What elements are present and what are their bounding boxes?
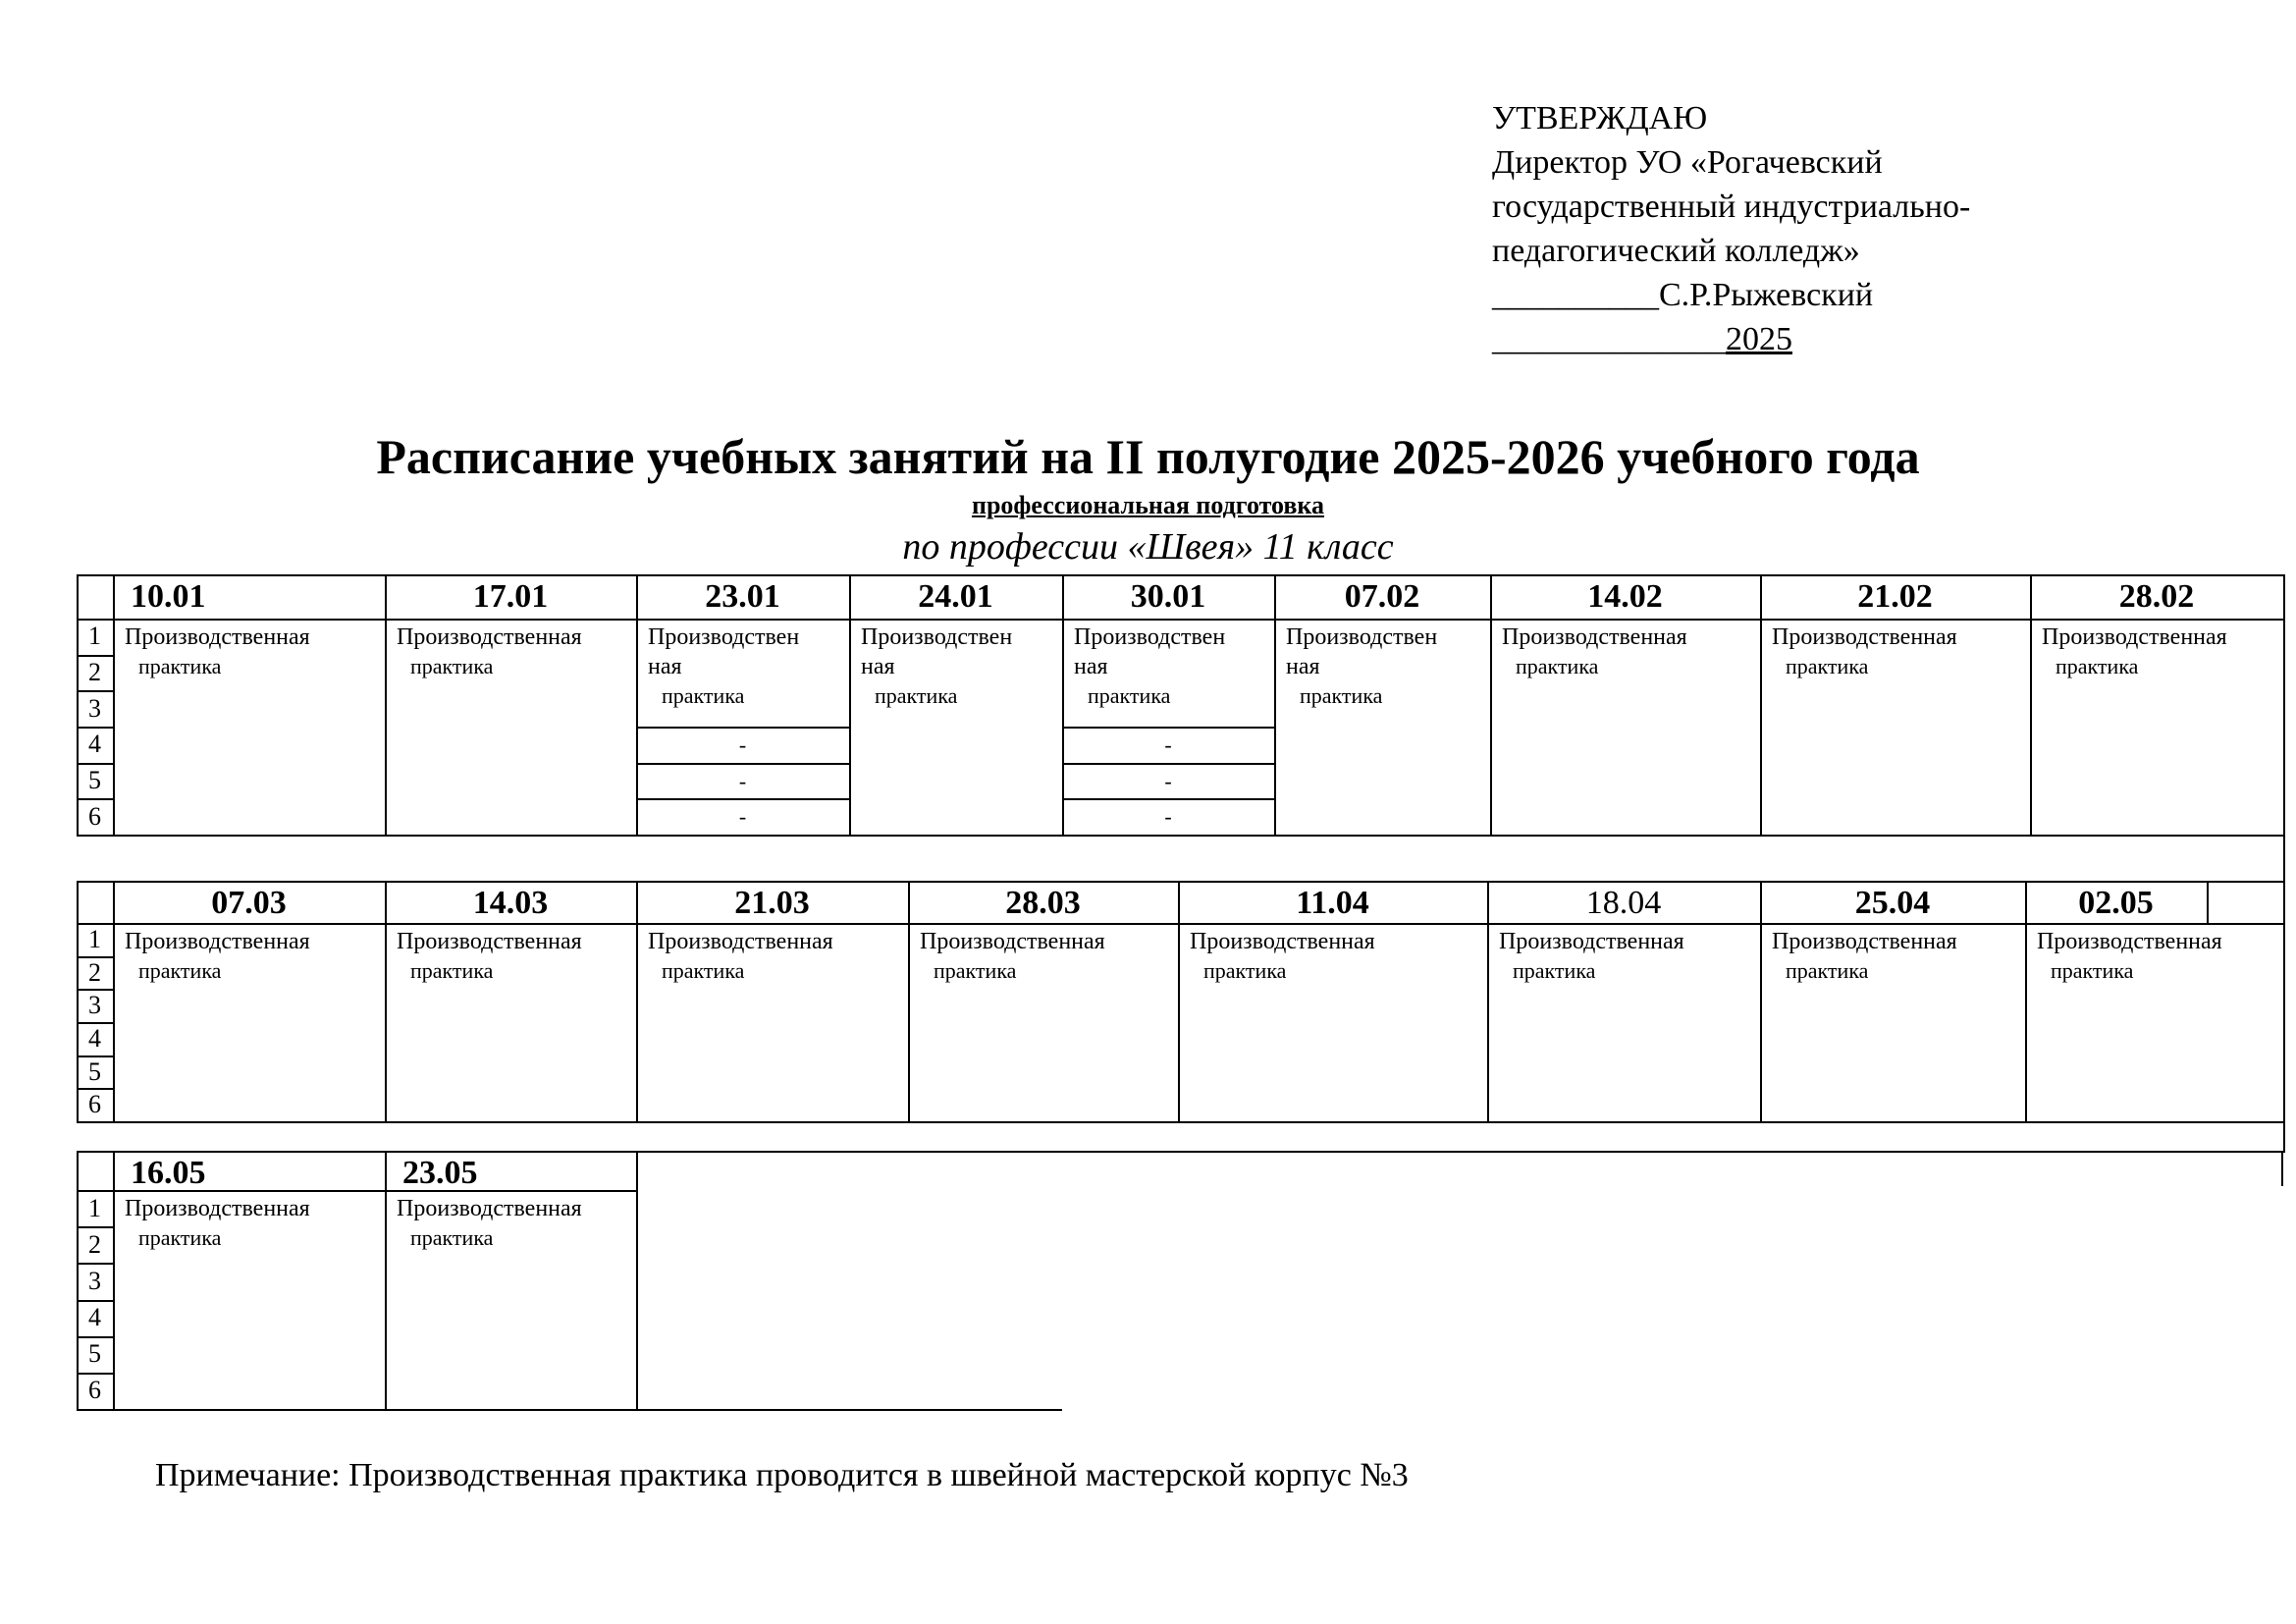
schedule-cell: Производственнаяпрактика (851, 623, 1060, 711)
date-header: 02.05 (2025, 883, 2207, 925)
schedule-cell: Производственнаяпрактика (115, 1194, 383, 1253)
subject-name: Производственная (1190, 927, 1485, 956)
subject-name: Производственная (2037, 927, 2281, 956)
subject-name-cont: ная (648, 652, 847, 681)
subject-type: практика (920, 956, 1176, 986)
schedule-cell: Производственнаяпрактика (387, 927, 634, 986)
date-header: 18.04 (1487, 883, 1760, 925)
schedule-cell: Производственнаяпрактика (638, 927, 906, 986)
date-header: 24.01 (849, 576, 1062, 621)
subject-name: Производственная (397, 1194, 634, 1223)
lesson-number: 3 (77, 1267, 113, 1296)
schedule-cell: Производственнаяпрактика (1762, 623, 2028, 681)
schedule-cell: Производственнаяпрактика (910, 927, 1176, 986)
schedule-cell: Производственнаяпрактика (115, 623, 383, 681)
column-border (2283, 574, 2285, 835)
subject-name-cont: ная (1286, 652, 1488, 681)
date-header: 30.01 (1062, 576, 1274, 621)
lesson-row-border (77, 727, 113, 729)
date-header: 21.02 (1760, 576, 2030, 621)
schedule-cell: Производственнаяпрактика (115, 927, 383, 986)
date-header: 25.04 (1760, 883, 2025, 925)
lesson-number: 3 (77, 694, 113, 724)
subject-name: Производственная (397, 623, 634, 652)
subject-type: практика (2042, 652, 2281, 681)
footnote: Примечание: Производственная практика пр… (155, 1457, 1409, 1494)
schedule-cell: Производственнаяпрактика (1489, 927, 1758, 986)
empty-lesson-dash: - (636, 732, 849, 758)
schedule-cell: Производственнаяпрактика (1276, 623, 1488, 711)
subject-type: практика (648, 681, 847, 711)
approval-position: Директор УО «Рогачевский (1492, 144, 1883, 181)
lesson-row-border (77, 1373, 113, 1375)
lesson-row-border (77, 655, 113, 657)
date-header: 10.01 (113, 576, 385, 621)
page-subtitle: профессиональная подготовка (0, 491, 2296, 520)
lesson-number: 5 (77, 1057, 113, 1087)
empty-lesson-dash: - (1062, 732, 1274, 758)
subject-name: Производствен (1074, 623, 1272, 652)
empty-lesson-dash: - (636, 769, 849, 794)
subject-type: практика (861, 681, 1060, 711)
lesson-row-border (636, 727, 849, 729)
lesson-row-border (77, 1263, 113, 1265)
subject-type: практика (125, 1223, 383, 1253)
approval-org-line1: государственный индустриально- (1492, 189, 1970, 225)
subject-name: Производственная (648, 927, 906, 956)
column-border (2281, 1151, 2283, 1186)
subject-name: Производственная (920, 927, 1176, 956)
lesson-row-border (77, 798, 113, 800)
schedule-cell: Производственнаяпрактика (2027, 927, 2281, 986)
date-header: 14.02 (1490, 576, 1760, 621)
lesson-row-border (77, 1336, 113, 1338)
schedule-cell: Производственнаяпрактика (387, 623, 634, 681)
subject-name: Производственная (1502, 623, 1758, 652)
director-name: С.Р.Рыжевский (1659, 277, 1873, 313)
approval-block: УТВЕРЖДАЮ Директор УО «Рогачевский госуд… (1492, 96, 1970, 361)
subject-name: Производственная (1772, 927, 2023, 956)
subject-type: практика (2037, 956, 2281, 986)
approval-year: 2025 (1726, 321, 1792, 357)
date-header: 21.03 (636, 883, 908, 925)
block-bottom-border (77, 835, 2283, 837)
lesson-number: 6 (77, 1090, 113, 1119)
lesson-row-border (636, 798, 849, 800)
lesson-number: 2 (77, 658, 113, 687)
lesson-row-border (77, 1300, 113, 1302)
subject-name: Производствен (861, 623, 1060, 652)
subject-name: Производственная (1499, 927, 1758, 956)
schedule-cell: Производственнаяпрактика (1064, 623, 1272, 711)
approval-heading: УТВЕРЖДАЮ (1492, 100, 1707, 136)
lesson-number: 4 (77, 1024, 113, 1054)
table-right-border (2283, 1121, 2285, 1153)
empty-lesson-dash: - (636, 804, 849, 830)
subject-type: практика (397, 956, 634, 986)
subject-type: практика (397, 652, 634, 681)
date-blank: ______________ (1492, 321, 1726, 357)
empty-lesson-dash: - (1062, 769, 1274, 794)
subject-type: практика (1190, 956, 1485, 986)
date-header: 07.02 (1274, 576, 1490, 621)
date-header: 07.03 (113, 883, 385, 925)
lesson-row-border (1062, 727, 1274, 729)
schedule-cell: Производственнаяпрактика (387, 1194, 634, 1253)
subject-name: Производственная (1772, 623, 2028, 652)
subject-type: практика (1772, 956, 2023, 986)
subject-type: практика (1499, 956, 1758, 986)
column-border (2283, 881, 2285, 1121)
lesson-number: 2 (77, 1230, 113, 1260)
lesson-row-border (636, 763, 849, 765)
table-right-border (2283, 835, 2285, 882)
signature-blank: __________ (1492, 277, 1659, 313)
column-border (2207, 881, 2209, 923)
lesson-row-border (77, 1226, 113, 1228)
lesson-number: 1 (77, 925, 113, 954)
schedule-cell: Производственнаяпрактика (638, 623, 847, 711)
date-header: 11.04 (1178, 883, 1487, 925)
lesson-number: 6 (77, 802, 113, 832)
subject-type: практика (1074, 681, 1272, 711)
schedule-cell: Производственнаяпрактика (1180, 927, 1485, 986)
subject-type: практика (397, 1223, 634, 1253)
block-bottom-border (77, 1409, 1062, 1411)
lesson-number: 5 (77, 766, 113, 795)
lesson-number: 4 (77, 1303, 113, 1332)
lesson-row-border (1062, 763, 1274, 765)
subject-type: практика (1286, 681, 1488, 711)
date-header: 17.01 (385, 576, 636, 621)
lesson-number: 3 (77, 991, 113, 1020)
lesson-row-border (77, 690, 113, 692)
schedule-cell: Производственнаяпрактика (2032, 623, 2281, 681)
subject-type: практика (1772, 652, 2028, 681)
lesson-number: 5 (77, 1339, 113, 1369)
empty-lesson-dash: - (1062, 804, 1274, 830)
lesson-number: 4 (77, 730, 113, 759)
subject-type: практика (125, 956, 383, 986)
date-header: 28.02 (2030, 576, 2283, 621)
subject-type: практика (125, 652, 383, 681)
block-bottom-border (77, 1121, 2283, 1123)
subject-name: Производствен (648, 623, 847, 652)
subject-name-cont: ная (1074, 652, 1272, 681)
subject-name: Производственная (125, 623, 383, 652)
date-header: 14.03 (385, 883, 636, 925)
subject-name: Производствен (1286, 623, 1488, 652)
lesson-number: 1 (77, 622, 113, 651)
subject-name: Производственная (397, 927, 634, 956)
subject-type: практика (1502, 652, 1758, 681)
lesson-row-border (77, 763, 113, 765)
date-header: 16.05 (113, 1153, 385, 1192)
subject-name: Производственная (125, 927, 383, 956)
subject-type: практика (648, 956, 906, 986)
column-border (636, 1151, 638, 1409)
lesson-number: 2 (77, 958, 113, 988)
profession-label: по профессии «Швея» 11 класс (0, 525, 2296, 568)
lesson-number: 1 (77, 1194, 113, 1223)
subject-name: Производственная (125, 1194, 383, 1223)
approval-org-line2: педагогический колледж» (1492, 233, 1860, 269)
date-header: 23.05 (385, 1153, 636, 1192)
lesson-number: 6 (77, 1376, 113, 1405)
date-header: 28.03 (908, 883, 1178, 925)
subject-name-cont: ная (861, 652, 1060, 681)
subject-name: Производственная (2042, 623, 2281, 652)
lesson-row-border (1062, 798, 1274, 800)
schedule-cell: Производственнаяпрактика (1492, 623, 1758, 681)
page-title: Расписание учебных занятий на II полугод… (0, 428, 2296, 485)
schedule-cell: Производственнаяпрактика (1762, 927, 2023, 986)
date-header: 23.01 (636, 576, 849, 621)
